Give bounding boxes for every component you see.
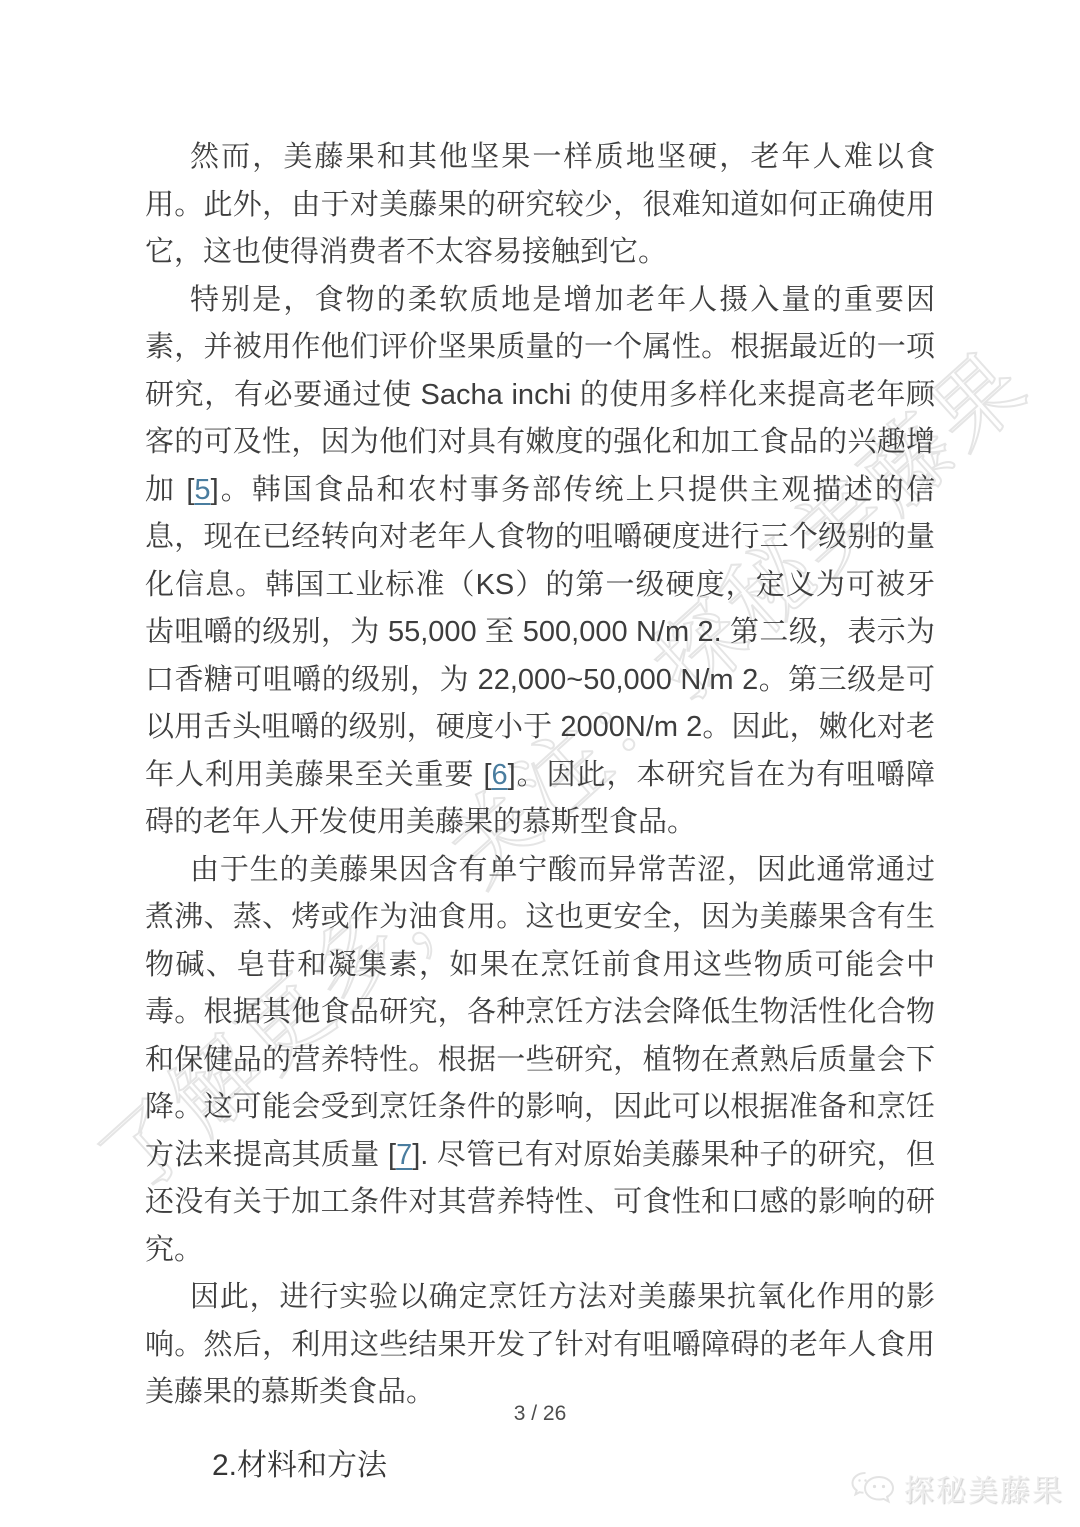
document-body: 然而，美藤果和其他坚果一样质地坚硬，老年人难以食用。此外，由于对美藤果的研究较少… bbox=[145, 134, 935, 1489]
paragraph-1: 然而，美藤果和其他坚果一样质地坚硬，老年人难以食用。此外，由于对美藤果的研究较少… bbox=[145, 134, 935, 277]
reference-link-7[interactable]: 7 bbox=[396, 1139, 412, 1171]
reference-link-6[interactable]: 6 bbox=[492, 759, 508, 791]
brand-name: 探秘美藤果 bbox=[904, 1466, 1064, 1510]
section-heading: 2.材料和方法 bbox=[145, 1442, 935, 1490]
brand-watermark: 探秘美藤果 bbox=[850, 1466, 1064, 1510]
paragraph-4: 因此，进行实验以确定烹饪方法对美藤果抗氧化作用的影响。然后，利用这些结果开发了针… bbox=[145, 1274, 935, 1417]
page-number: 3 / 26 bbox=[0, 1402, 1080, 1426]
paragraph-2: 特别是，食物的柔软质地是增加老年人摄入量的重要因素，并被用作他们评价坚果质量的一… bbox=[145, 277, 935, 847]
reference-link-5[interactable]: 5 bbox=[194, 474, 210, 506]
wechat-icon bbox=[850, 1469, 896, 1507]
document-page: 了解更多，关注：探秘美藤果 然而，美藤果和其他坚果一样质地坚硬，老年人难以食用。… bbox=[0, 0, 1080, 1527]
paragraph-3: 由于生的美藤果因含有单宁酸而异常苦涩，因此通常通过煮沸、蒸、烤或作为油食用。这也… bbox=[145, 847, 935, 1275]
